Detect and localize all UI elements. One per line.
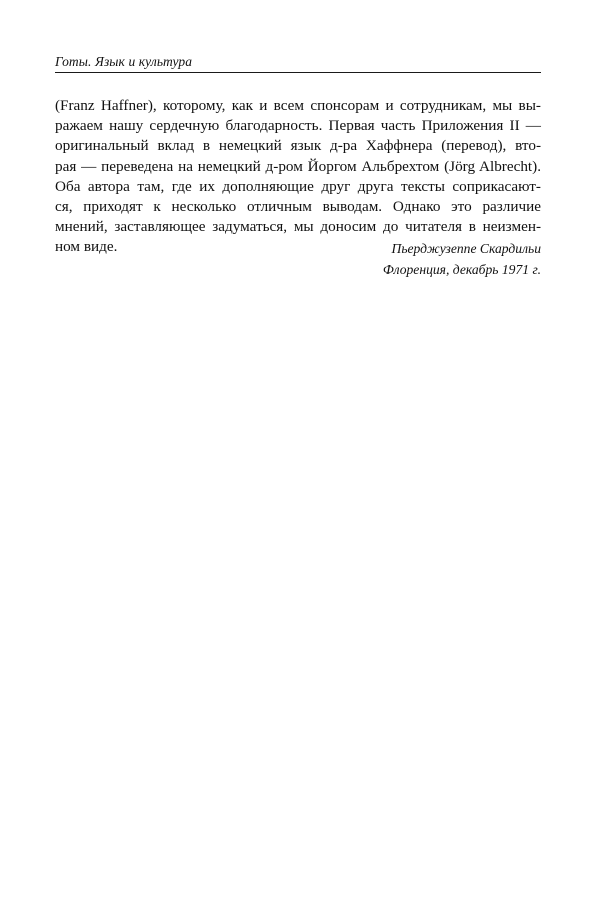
text-line: Оба автора там, где их дополняющие друг … xyxy=(55,177,541,197)
signature-author: Пьерджузеппе Скардильи xyxy=(383,239,541,260)
text-line: ражаем нашу сердечную благодарность. Пер… xyxy=(55,116,541,136)
text-line: мнений, заставляющее задуматься, мы доно… xyxy=(55,217,541,237)
signature-place-date: Флоренция, декабрь 1971 г. xyxy=(383,260,541,281)
running-head-title: Готы. Язык и культура xyxy=(55,54,192,70)
running-head: Готы. Язык и культура xyxy=(55,54,541,73)
body-paragraph: (Franz Haffner), которому, как и всем сп… xyxy=(55,96,541,258)
text-line: ся, приходят к несколько отличным вывода… xyxy=(55,197,541,217)
signature-block: Пьерджузеппе Скардильи Флоренция, декабр… xyxy=(383,239,541,280)
text-line: оригинальный вклад в немецкий язык д-ра … xyxy=(55,136,541,156)
text-line: рая — переведена на немецкий д-ром Йорго… xyxy=(55,157,541,177)
text-line: (Franz Haffner), которому, как и всем сп… xyxy=(55,96,541,116)
